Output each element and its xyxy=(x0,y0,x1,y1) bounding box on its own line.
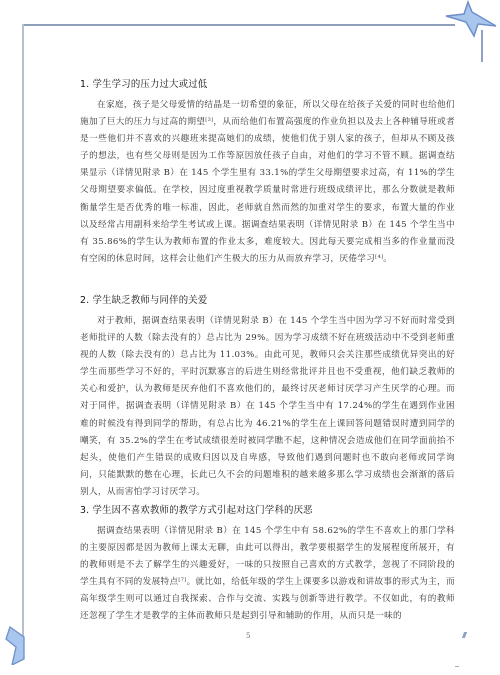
section-heading: 1. 学生学习的压力过大或过低 xyxy=(80,76,207,90)
section-heading: 3. 学生因不喜欢教师的教学方式引起对这门学科的厌恶 xyxy=(80,502,313,516)
section-heading: 2. 学生缺乏教师与同伴的关爱 xyxy=(80,292,207,306)
dash-decoration xyxy=(455,666,459,667)
page-frame-top-border xyxy=(23,24,455,26)
page-frame-left-border xyxy=(22,24,24,654)
star-decoration-icon xyxy=(440,0,500,40)
section-paragraph: 据调查结果表明（详情见附录 B）在 145 个学生中有 58.62%的学生不喜欢… xyxy=(80,523,455,626)
corner-mark-decoration xyxy=(462,632,467,638)
section-paragraph: 在家庭，孩子是父母爱情的结晶是一切希望的象征，所以父母在给孩子关爱的同时也给他们… xyxy=(80,97,455,268)
star-decoration-icon xyxy=(4,625,26,665)
section-paragraph: 对于教师，据调查结果表明（详情见附录 B）在 145 个学生当中因为学习不好而时… xyxy=(80,313,455,501)
page-number: 5 xyxy=(246,632,250,640)
citation[interactable]: [7] xyxy=(178,577,186,583)
